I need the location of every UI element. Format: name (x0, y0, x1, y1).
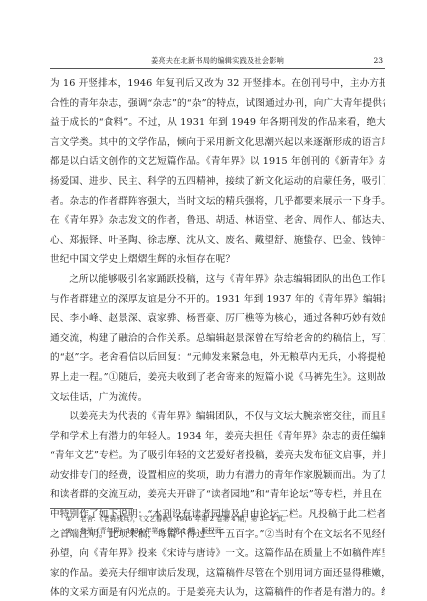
text-line: 言文学类。其中的文学作品，倾向于采用新文化思潮兴起以来逐渐形成的语言风格，几乎 (50, 133, 385, 153)
text-line: 孙望，向《青年界》投来《宋诗与唐诗》一文。这篇作品在质量上不如稿件库里的其他著名… (50, 544, 385, 564)
text-line: 为 16 开竖排本，1946 年复刊后又改为 32 开竖排本。在创刊号中，主办方… (50, 74, 385, 94)
text-line: 动安排专门的经费，设置相应的奖项，助力有潜力的青年作家脱颖而出。为了加强编辑部 (50, 466, 385, 486)
text-line: 与作者群建立的深厚友谊是分不开的。1931 年到 1937 年的《青年界》编辑部… (50, 290, 385, 310)
running-title: 姜亮夫在北新书局的编辑实践及社会影响 (50, 56, 385, 65)
text-line: 益于成长的“食料”。不过，从 1931 年到 1949 年各期刊发的作品来看，绝… (50, 113, 385, 133)
footnote-text: 老舍：《老骑残兵》，《文艺春秋》1946 年第 2 卷第 4 期，第 3—4 页… (80, 513, 290, 525)
text-line: 通交流，构建了融洽的合作关系。总编辑赵景深曾在写给老舍的约稿信上，写了一个大大 (50, 329, 385, 349)
text-line: 世纪中国文学史上熠熠生辉的永恒存在呢？ (50, 250, 385, 270)
footnote-mark: ② (66, 525, 80, 537)
text-line: 以姜亮夫为代表的《青年界》编辑团队，不仅与文坛大腕亲密交往，而且重视扶植在文 (50, 407, 385, 427)
paragraph-3: 以姜亮夫为代表的《青年界》编辑团队，不仅与文坛大腕亲密交往，而且重视扶植在文 学… (50, 407, 385, 601)
running-header: 姜亮夫在北新书局的编辑实践及社会影响 23 (50, 56, 385, 69)
text-line: 学和学术上有潜力的年轻人。1934 年，姜亮夫担任《青年界》杂志的责任编辑，特别… (50, 427, 385, 447)
text-line: 者。杂志的作者群阵容强大，当时文坛的精兵强将，几乎都要来展示一下身手。且看这些 (50, 192, 385, 212)
text-line: 体的文采方面是有闪光点的。于是姜亮夫认为，这篇稿件的作者是有潜力的。经过姜亮夫 (50, 583, 385, 601)
page-number: 23 (373, 56, 383, 65)
footnote-mark: ① (66, 513, 80, 525)
text-line: 和读者群的交流互动，姜亮夫开辟了“读者园地”和“青年论坛”等专栏，并且在《投稿简… (50, 485, 385, 505)
text-line: 的“赵”字。老舍看信以后回复：“元帅发来紧急电，外无粮草内无兵，小将提枪上了马，… (50, 348, 385, 368)
text-line: 文坛佳话，广为流传。 (50, 388, 385, 408)
footnote-divider (50, 508, 133, 509)
text-line: 合性的青年杂志，强调“杂志”的“杂”的特点，试图通过办刊，向广大青年提供各种各样… (50, 94, 385, 114)
text-line: “青年文艺”专栏。为了吸引年轻的文艺爱好者投稿，姜亮夫发布征文启事，并且为征文活 (50, 446, 385, 466)
footnote-1: ① 老舍：《老骑残兵》，《文艺春秋》1946 年第 2 卷第 4 期，第 3—4… (66, 513, 366, 525)
paragraph-2: 之所以能够吸引名家踊跃投稿，这与《青年界》杂志编辑团队的出色工作以及编辑人员 与… (50, 270, 385, 407)
footnotes: ① 老舍：《老骑残兵》，《文艺春秋》1946 年第 2 卷第 4 期，第 3—4… (66, 513, 366, 537)
paragraph-1: 为 16 开竖排本，1946 年复刊后又改为 32 开竖排本。在创刊号中，主办方… (50, 74, 385, 270)
text-line: 心、郑振铎、叶圣陶、徐志摩、沈从文、废名、戴望舒、施蛰存、巴金、钱钟书，哪一位不… (50, 231, 385, 251)
text-line: 民、李小峰、赵景深、袁家骅、杨晋豪、厉厂樵等为核心，通过各种巧妙有效的方式与作者… (50, 309, 385, 329)
footnote-2: ② 参见《青年界》1934 年第 6 卷第 1 期，版权页。 (66, 525, 366, 537)
text-line: 家的作品。姜亮夫仔细审读后发现，这篇稿件尽管在个别用词方面还显得稚嫩，但是在整 (50, 564, 385, 584)
text-line: 在《青年界》杂志发文的作者，鲁迅、胡适、林语堂、老舍、周作人、郁达夫、郭沫若、茅… (50, 211, 385, 231)
footnote-text: 参见《青年界》1934 年第 6 卷第 1 期，版权页。 (80, 525, 228, 537)
text-line: 扬爱国、进步、民主、科学的五四精神，接续了新文化运动的启蒙任务，吸引了一大批著名… (50, 172, 385, 192)
text-line: 之所以能够吸引名家踊跃投稿，这与《青年界》杂志编辑团队的出色工作以及编辑人员 (50, 270, 385, 290)
text-line: 都是以白话文创作的文艺短篇作品。《青年界》以 1915 年创刊的《新青年》杂志为… (50, 152, 385, 172)
text-line: 界上走一程。”①随后，姜亮夫收到了老舍寄来的短篇小说《马裤先生》。这则故事是当时… (50, 368, 385, 388)
